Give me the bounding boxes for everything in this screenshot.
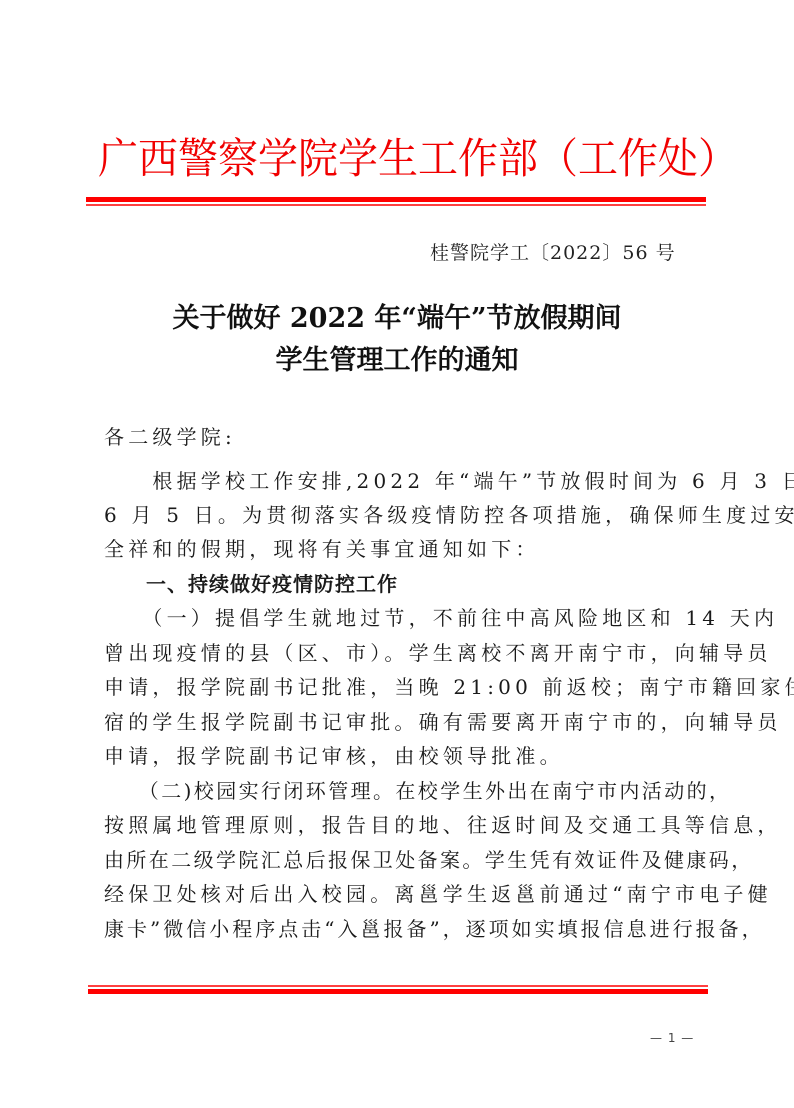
body-line: 宿的学生报学院副书记审批。确有需要离开南宁市的，向辅导员 bbox=[104, 705, 696, 740]
page-number: — 1 — bbox=[650, 1031, 694, 1045]
body-line: 曾出现疫情的县（区、市）。学生离校不离开南宁市，向辅导员 bbox=[104, 636, 696, 671]
body-line: 由所在二级学院汇总后报保卫处备案。学生凭有效证件及健康码， bbox=[104, 843, 696, 878]
footer-thin-rule bbox=[88, 985, 708, 987]
issuer-header: 广西警察学院学生工作部（工作处） bbox=[98, 132, 698, 187]
body-line: 全祥和的假期，现将有关事宜通知如下： bbox=[104, 532, 696, 567]
body-line: 康卡”微信小程序点击“入邕报备”，逐项如实填报信息进行报备， bbox=[104, 912, 696, 947]
body-line: （一）提倡学生就地过节，不前往中高风险地区和 14 天内 bbox=[104, 601, 696, 636]
footer-thick-rule bbox=[88, 989, 708, 994]
notice-title-line-1: 关于做好 2022 年“端午”节放假期间 bbox=[0, 296, 794, 342]
body-line: （二)校园实行闭环管理。在校学生外出在南宁市内活动的， bbox=[104, 774, 696, 809]
body-line: 申请，报学院副书记批准，当晚 21:00 前返校；南宁市籍回家住 bbox=[104, 670, 696, 705]
salutation: 各二级学院: bbox=[104, 420, 696, 455]
header-thin-rule bbox=[86, 204, 706, 206]
document-number: 桂警院学工〔2022〕56 号 bbox=[430, 240, 676, 266]
body-line: 申请，报学院副书记审核，由校领导批准。 bbox=[104, 739, 696, 774]
section-heading-1: 一、持续做好疫情防控工作 bbox=[104, 567, 696, 602]
body-line: 按照属地管理原则，报告目的地、往返时间及交通工具等信息， bbox=[104, 808, 696, 843]
notice-title-line-2: 学生管理工作的通知 bbox=[0, 338, 794, 384]
header-thick-rule bbox=[86, 197, 706, 202]
body-line: 6 月 5 日。为贯彻落实各级疫情防控各项措施，确保师生度过安 bbox=[104, 498, 696, 533]
body-line: 根据学校工作安排,2022 年“端午”节放假时间为 6 月 3 日至 bbox=[104, 464, 696, 499]
body-line: 经保卫处核对后出入校园。离邕学生返邕前通过“南宁市电子健 bbox=[104, 877, 696, 912]
document-page: 广西警察学院学生工作部（工作处） 桂警院学工〔2022〕56 号 关于做好 20… bbox=[0, 0, 794, 1108]
